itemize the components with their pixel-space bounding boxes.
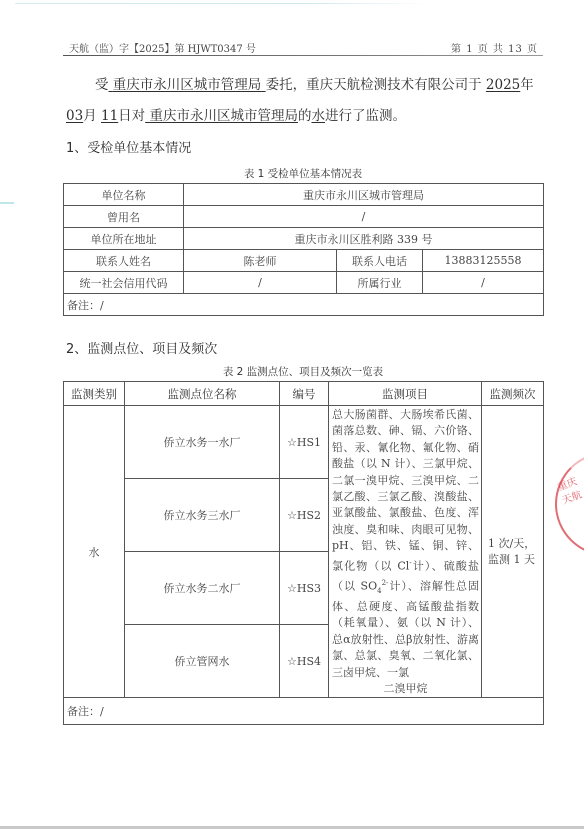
target-name: 重庆市永川区城市管理局 (149, 108, 298, 124)
site-name: 侨立水务二水厂 (125, 552, 280, 625)
header-category: 监测类别 (64, 382, 125, 406)
table-2-caption: 表 2 监测点位、项目及频次一览表 (63, 364, 543, 379)
intro-line-1: 受 重庆市永川区城市管理局 委托，重庆天航检测技术有限公司于 2025年 (95, 73, 534, 93)
former-name-label: 曾用名 (64, 206, 184, 228)
frequency-line: 监测 1 天 (488, 553, 535, 566)
intro-line-2: 03月 11日对 重庆市永川区城市管理局的水进行了监测。 (66, 104, 406, 124)
site-code: ☆HS1 (280, 406, 329, 479)
site-code: ☆HS2 (280, 479, 329, 552)
site-code: ☆HS3 (280, 552, 329, 625)
industry-label: 所属行业 (337, 272, 423, 294)
section-1-title: 1、受检单位基本情况 (66, 137, 191, 156)
industry-value: / (423, 272, 544, 294)
medium-value: 水 (311, 108, 325, 124)
doc-number: 天航（监）字【2025】第 HJWT0347 号 (69, 40, 256, 55)
monitoring-items: 总大肠菌群、大肠埃希氏菌、菌落总数、砷、镉、六价铬、铅、汞、氰化物、氟化物、硝酸… (329, 406, 482, 698)
year-value: 2025 (486, 77, 520, 93)
intro-text: 的 (298, 108, 312, 124)
site-name: 侨立水务一水厂 (125, 406, 280, 479)
table-row: 备注：/ (64, 294, 544, 316)
header-site-name: 监测点位名称 (125, 382, 280, 406)
unit-info-table: 单位名称 重庆市永川区城市管理局 曾用名 / 单位所在地址 重庆市永川区胜利路 … (63, 183, 544, 316)
site-name: 侨立水务三水厂 (125, 479, 280, 552)
intro-text: 委托，重庆天航检测技术有限公司于 (266, 77, 482, 93)
contact-name-value: 陈老师 (184, 250, 337, 272)
table-row: 单位名称 重庆市永川区城市管理局 (64, 184, 544, 206)
table-row: 统一社会信用代码 / 所属行业 / (64, 272, 544, 294)
page-info: 第 1 页 共 13 页 (451, 40, 538, 55)
frequency-cell: 1 次/天，监测 1 天 (482, 406, 544, 698)
intro-text: 年 (520, 77, 534, 93)
client-name: 重庆市永川区城市管理局 (113, 77, 262, 93)
contact-phone-value: 13883125558 (423, 250, 544, 272)
table-row: 联系人姓名 陈老师 联系人电话 13883125558 (64, 250, 544, 272)
credit-code-value: / (184, 272, 337, 294)
monitoring-table: 监测类别 监测点位名称 编号 监测项目 监测频次 水 侨立水务一水厂 ☆HS1 … (63, 381, 544, 725)
table-1-note: 备注：/ (64, 294, 544, 316)
table-row: 曾用名 / (64, 206, 544, 228)
unit-name-label: 单位名称 (64, 184, 184, 206)
items-sub: 4 (377, 587, 381, 595)
category-cell: 水 (64, 406, 125, 698)
scan-mark (0, 202, 14, 204)
site-name: 侨立管网水 (125, 625, 280, 698)
month-value: 03 (66, 108, 83, 124)
header-frequency: 监测频次 (482, 382, 544, 406)
items-text: 计）、溶解性总固体、总硬度、高锰酸盐指数（耗氧量）、氨（以 N 计）、总α放射性… (332, 579, 479, 678)
intro-text: 进行了监测。 (325, 108, 406, 124)
intro-text: 月 (83, 108, 97, 124)
table-row: 水 侨立水务一水厂 ☆HS1 总大肠菌群、大肠埃希氏菌、菌落总数、砷、镉、六价铬… (64, 406, 544, 479)
header-items: 监测项目 (329, 382, 482, 406)
header-code: 编号 (280, 382, 329, 406)
items-text: 总大肠菌群、大肠埃希氏菌、菌落总数、砷、镉、六价铬、铅、汞、氰化物、氟化物、硝酸… (332, 408, 479, 572)
table-1-caption: 表 1 受检单位基本情况表 (63, 166, 543, 181)
header-divider (63, 55, 543, 56)
section-2-title: 2、监测点位、项目及频次 (66, 338, 217, 357)
items-text: 二溴甲烷 (332, 681, 479, 697)
scan-edge-line (15, 3, 430, 4)
intro-text: 受 (95, 77, 109, 93)
address-label: 单位所在地址 (64, 228, 184, 250)
unit-name-value: 重庆市永川区城市管理局 (184, 184, 544, 206)
credit-code-label: 统一社会信用代码 (64, 272, 184, 294)
former-name-value: / (184, 206, 544, 228)
frequency-line: 1 次/天， (488, 537, 535, 550)
table-row: 单位所在地址 重庆市永川区胜利路 339 号 (64, 228, 544, 250)
page-header: 天航（监）字【2025】第 HJWT0347 号 第 1 页 共 13 页 (65, 38, 543, 54)
intro-text: 日对 (118, 108, 145, 124)
table-row: 备注：/ (64, 698, 544, 725)
table-2-note: 备注：/ (64, 698, 544, 725)
contact-name-label: 联系人姓名 (64, 250, 184, 272)
table-header-row: 监测类别 监测点位名称 编号 监测项目 监测频次 (64, 382, 544, 406)
address-value: 重庆市永川区胜利路 339 号 (184, 228, 544, 250)
contact-phone-label: 联系人电话 (337, 250, 423, 272)
site-code: ☆HS4 (280, 625, 329, 698)
day-value: 11 (101, 108, 118, 124)
